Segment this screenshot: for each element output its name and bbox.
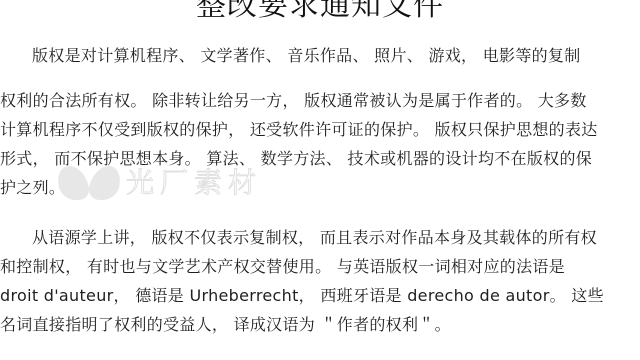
document-title: 整改要求通知文件 <box>0 0 640 24</box>
paragraph-2-line-2: 和控制权， 有时也与文学艺术产权交替使用。 与英语版权一词相对应的法语是 <box>0 257 640 277</box>
paragraph-2-line-4: 名词直接指明了权利的受益人， 译成汉语为 ＂作者的权利＂。 <box>0 315 640 335</box>
paragraph-1-line-5: 护之列。 <box>0 178 640 198</box>
paragraph-2-line-1: 从语源学上讲， 版权不仅表示复制权， 而且表示对作品本身及其载体的所有权 <box>0 228 640 248</box>
paragraph-1-line-3: 计算机程序不仅受到版权的保护， 还受软件许可证的保护。 版权只保护思想的表达 <box>0 120 640 140</box>
paragraph-2-line-3: droit d'auteur， 德语是 Urheberrecht， 西班牙语是 … <box>0 286 640 306</box>
document-page: 整改要求通知文件 版权是对计算机程序、 文学著作、 音乐作品、 照片、 游戏， … <box>0 0 640 360</box>
paragraph-1-line-1: 版权是对计算机程序、 文学著作、 音乐作品、 照片、 游戏， 电影等的复制 <box>0 46 640 66</box>
paragraph-1-line-2: 权利的合法所有权。 除非转让给另一方， 版权通常被认为是属于作者的。 大多数 <box>0 91 640 111</box>
paragraph-1-line-4: 形式， 而不保护思想本身。 算法、 数学方法、 技术或机器的设计均不在版权的保 <box>0 149 640 169</box>
